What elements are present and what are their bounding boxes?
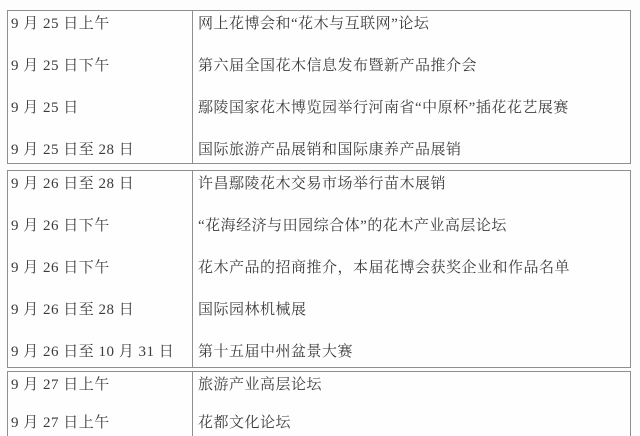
schedule-table-section-1: 9 月 25 日上午 9 月 25 日下午 9 月 25 日 9 月 25 日至…	[7, 10, 631, 164]
event-column: 许昌鄢陵花木交易市场举行苗木展销 “花海经济与田园综合体”的花木产业高层论坛 花…	[193, 171, 630, 367]
event-cell: 国际旅游产品展销和国际康养产品展销	[198, 141, 626, 163]
date-cell: 9 月 25 日至 28 日	[11, 141, 191, 163]
event-cell: 国际园林机械展	[198, 301, 626, 343]
event-column: 旅游产业高层论坛 花都文化论坛	[193, 372, 630, 436]
schedule-table-section-2: 9 月 26 日至 28 日 9 月 26 日下午 9 月 26 日下午 9 月…	[7, 170, 631, 368]
event-cell: 鄢陵国家花木博览园举行河南省“中原杯”插花花艺展赛	[198, 99, 626, 141]
date-cell: 9 月 26 日至 28 日	[11, 301, 191, 343]
event-cell: 许昌鄢陵花木交易市场举行苗木展销	[198, 175, 626, 217]
date-cell: 9 月 25 日下午	[11, 57, 191, 99]
date-cell: 9 月 26 日至 28 日	[11, 175, 191, 217]
date-cell: 9 月 27 日上午	[11, 376, 191, 414]
event-cell: 第六届全国花木信息发布暨新产品推介会	[198, 57, 626, 99]
date-cell: 9 月 25 日	[11, 99, 191, 141]
date-cell: 9 月 25 日上午	[11, 15, 191, 57]
date-cell: 9 月 26 日下午	[11, 259, 191, 301]
schedule-table-section-3: 9 月 27 日上午 9 月 27 日上午 旅游产业高层论坛 花都文化论坛	[7, 371, 631, 436]
date-column: 9 月 25 日上午 9 月 25 日下午 9 月 25 日 9 月 25 日至…	[8, 11, 193, 163]
date-column: 9 月 26 日至 28 日 9 月 26 日下午 9 月 26 日下午 9 月…	[8, 171, 193, 367]
event-cell: “花海经济与田园综合体”的花木产业高层论坛	[198, 217, 626, 259]
event-column: 网上花博会和“花木与互联网”论坛 第六届全国花木信息发布暨新产品推介会 鄢陵国家…	[193, 11, 630, 163]
event-cell: 第十五届中州盆景大赛	[198, 343, 626, 367]
event-cell: 旅游产业高层论坛	[198, 376, 626, 414]
date-cell: 9 月 26 日至 10 月 31 日	[11, 343, 191, 367]
schedule-page: 9 月 25 日上午 9 月 25 日下午 9 月 25 日 9 月 25 日至…	[0, 0, 640, 436]
event-cell: 花都文化论坛	[198, 414, 626, 436]
event-cell: 花木产品的招商推介，本届花博会获奖企业和作品名单	[198, 259, 626, 301]
event-cell: 网上花博会和“花木与互联网”论坛	[198, 15, 626, 57]
date-column: 9 月 27 日上午 9 月 27 日上午	[8, 372, 193, 436]
date-cell: 9 月 26 日下午	[11, 217, 191, 259]
date-cell: 9 月 27 日上午	[11, 414, 191, 436]
